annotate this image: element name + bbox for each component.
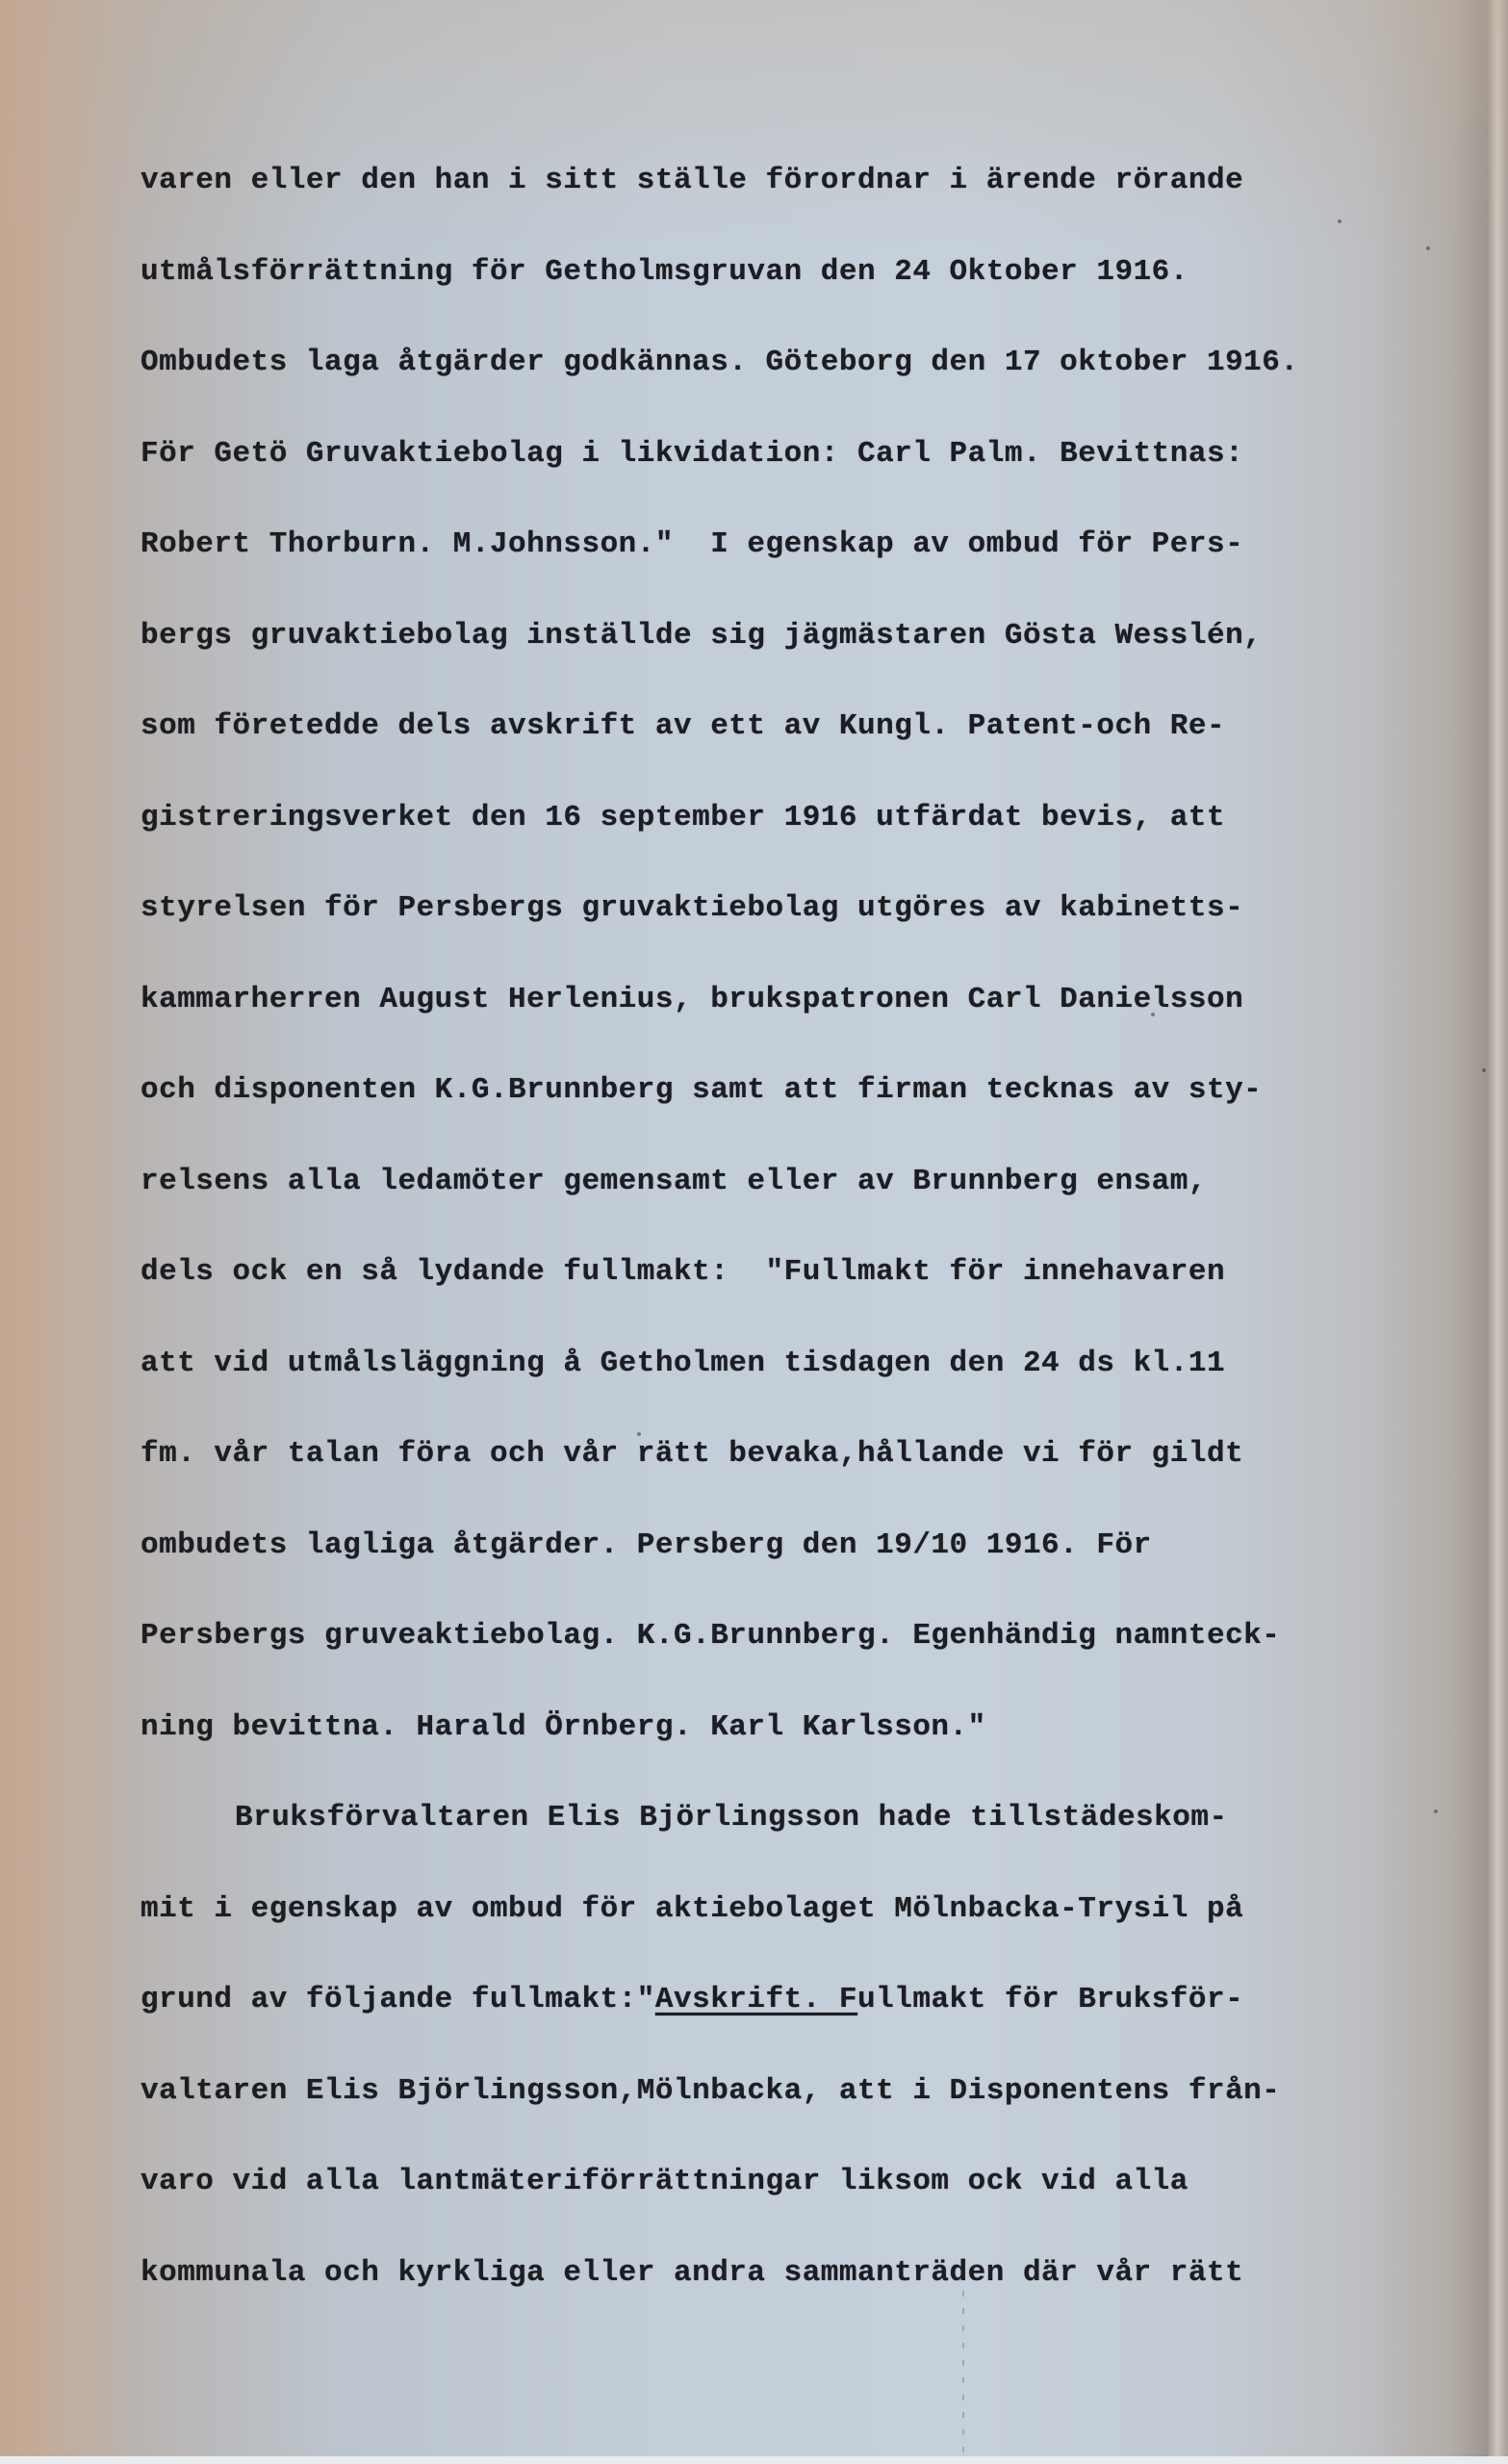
text-segment: ullmakt för Bruksför- — [857, 1983, 1243, 2016]
text-line: dels ock en så lydande fullmakt: "Fullma… — [141, 1253, 1353, 1345]
paper-speck — [1434, 1809, 1438, 1813]
text-line: Robert Thorburn. M.Johnsson." I egenskap… — [141, 526, 1353, 617]
paragraph-start-line: Bruksförvaltaren Elis Björlingsson hade … — [141, 1799, 1353, 1890]
document-page: varen eller den han i sitt ställe förord… — [0, 0, 1508, 2464]
text-line: valtaren Elis Björlingsson,Mölnbacka, at… — [141, 2072, 1353, 2164]
text-line: varen eller den han i sitt ställe förord… — [141, 162, 1353, 253]
text-line: ning bevittna. Harald Örnberg. Karl Karl… — [141, 1708, 1353, 1800]
typewritten-text: varen eller den han i sitt ställe förord… — [141, 162, 1353, 2345]
underlined-avskrift: Avskrift. F — [655, 1983, 857, 2016]
text-line-with-underline: grund av följande fullmakt:"Avskrift. Fu… — [141, 1981, 1353, 2072]
text-line: utmålsförrättning för Getholmsgruvan den… — [141, 253, 1353, 345]
paper-speck — [1426, 246, 1430, 250]
text-segment: grund av följande fullmakt:" — [141, 1983, 655, 2016]
text-line: att vid utmålsläggning å Getholmen tisda… — [141, 1345, 1353, 1436]
text-line: och disponenten K.G.Brunnberg samt att f… — [141, 1071, 1353, 1163]
text-line: fm. vår talan föra och vår rätt bevaka,h… — [141, 1435, 1353, 1527]
text-line: som företedde dels avskrift av ett av Ku… — [141, 707, 1353, 799]
text-line: bergs gruvaktiebolag inställde sig jägmä… — [141, 617, 1353, 708]
text-line: gistreringsverket den 16 september 1916 … — [141, 799, 1353, 890]
text-line: varo vid alla lantmäteriförrättningar li… — [141, 2163, 1353, 2254]
paper-speck — [1482, 1068, 1486, 1072]
text-line: För Getö Gruvaktiebolag i likvidation: C… — [141, 435, 1353, 526]
text-line: relsens alla ledamöter gemensamt eller a… — [141, 1163, 1353, 1254]
text-line: styrelsen för Persbergs gruvaktiebolag u… — [141, 889, 1353, 981]
text-line: Ombudets laga åtgärder godkännas. Götebo… — [141, 344, 1353, 435]
text-line: kammarherren August Herlenius, brukspatr… — [141, 981, 1353, 1072]
text-line: Persbergs gruveaktiebolag. K.G.Brunnberg… — [141, 1617, 1353, 1708]
text-line: ombudets lagliga åtgärder. Persberg den … — [141, 1527, 1353, 1618]
text-line: mit i egenskap av ombud för aktiebolaget… — [141, 1890, 1353, 1982]
text-line: kommunala och kyrkliga eller andra samma… — [141, 2254, 1353, 2346]
